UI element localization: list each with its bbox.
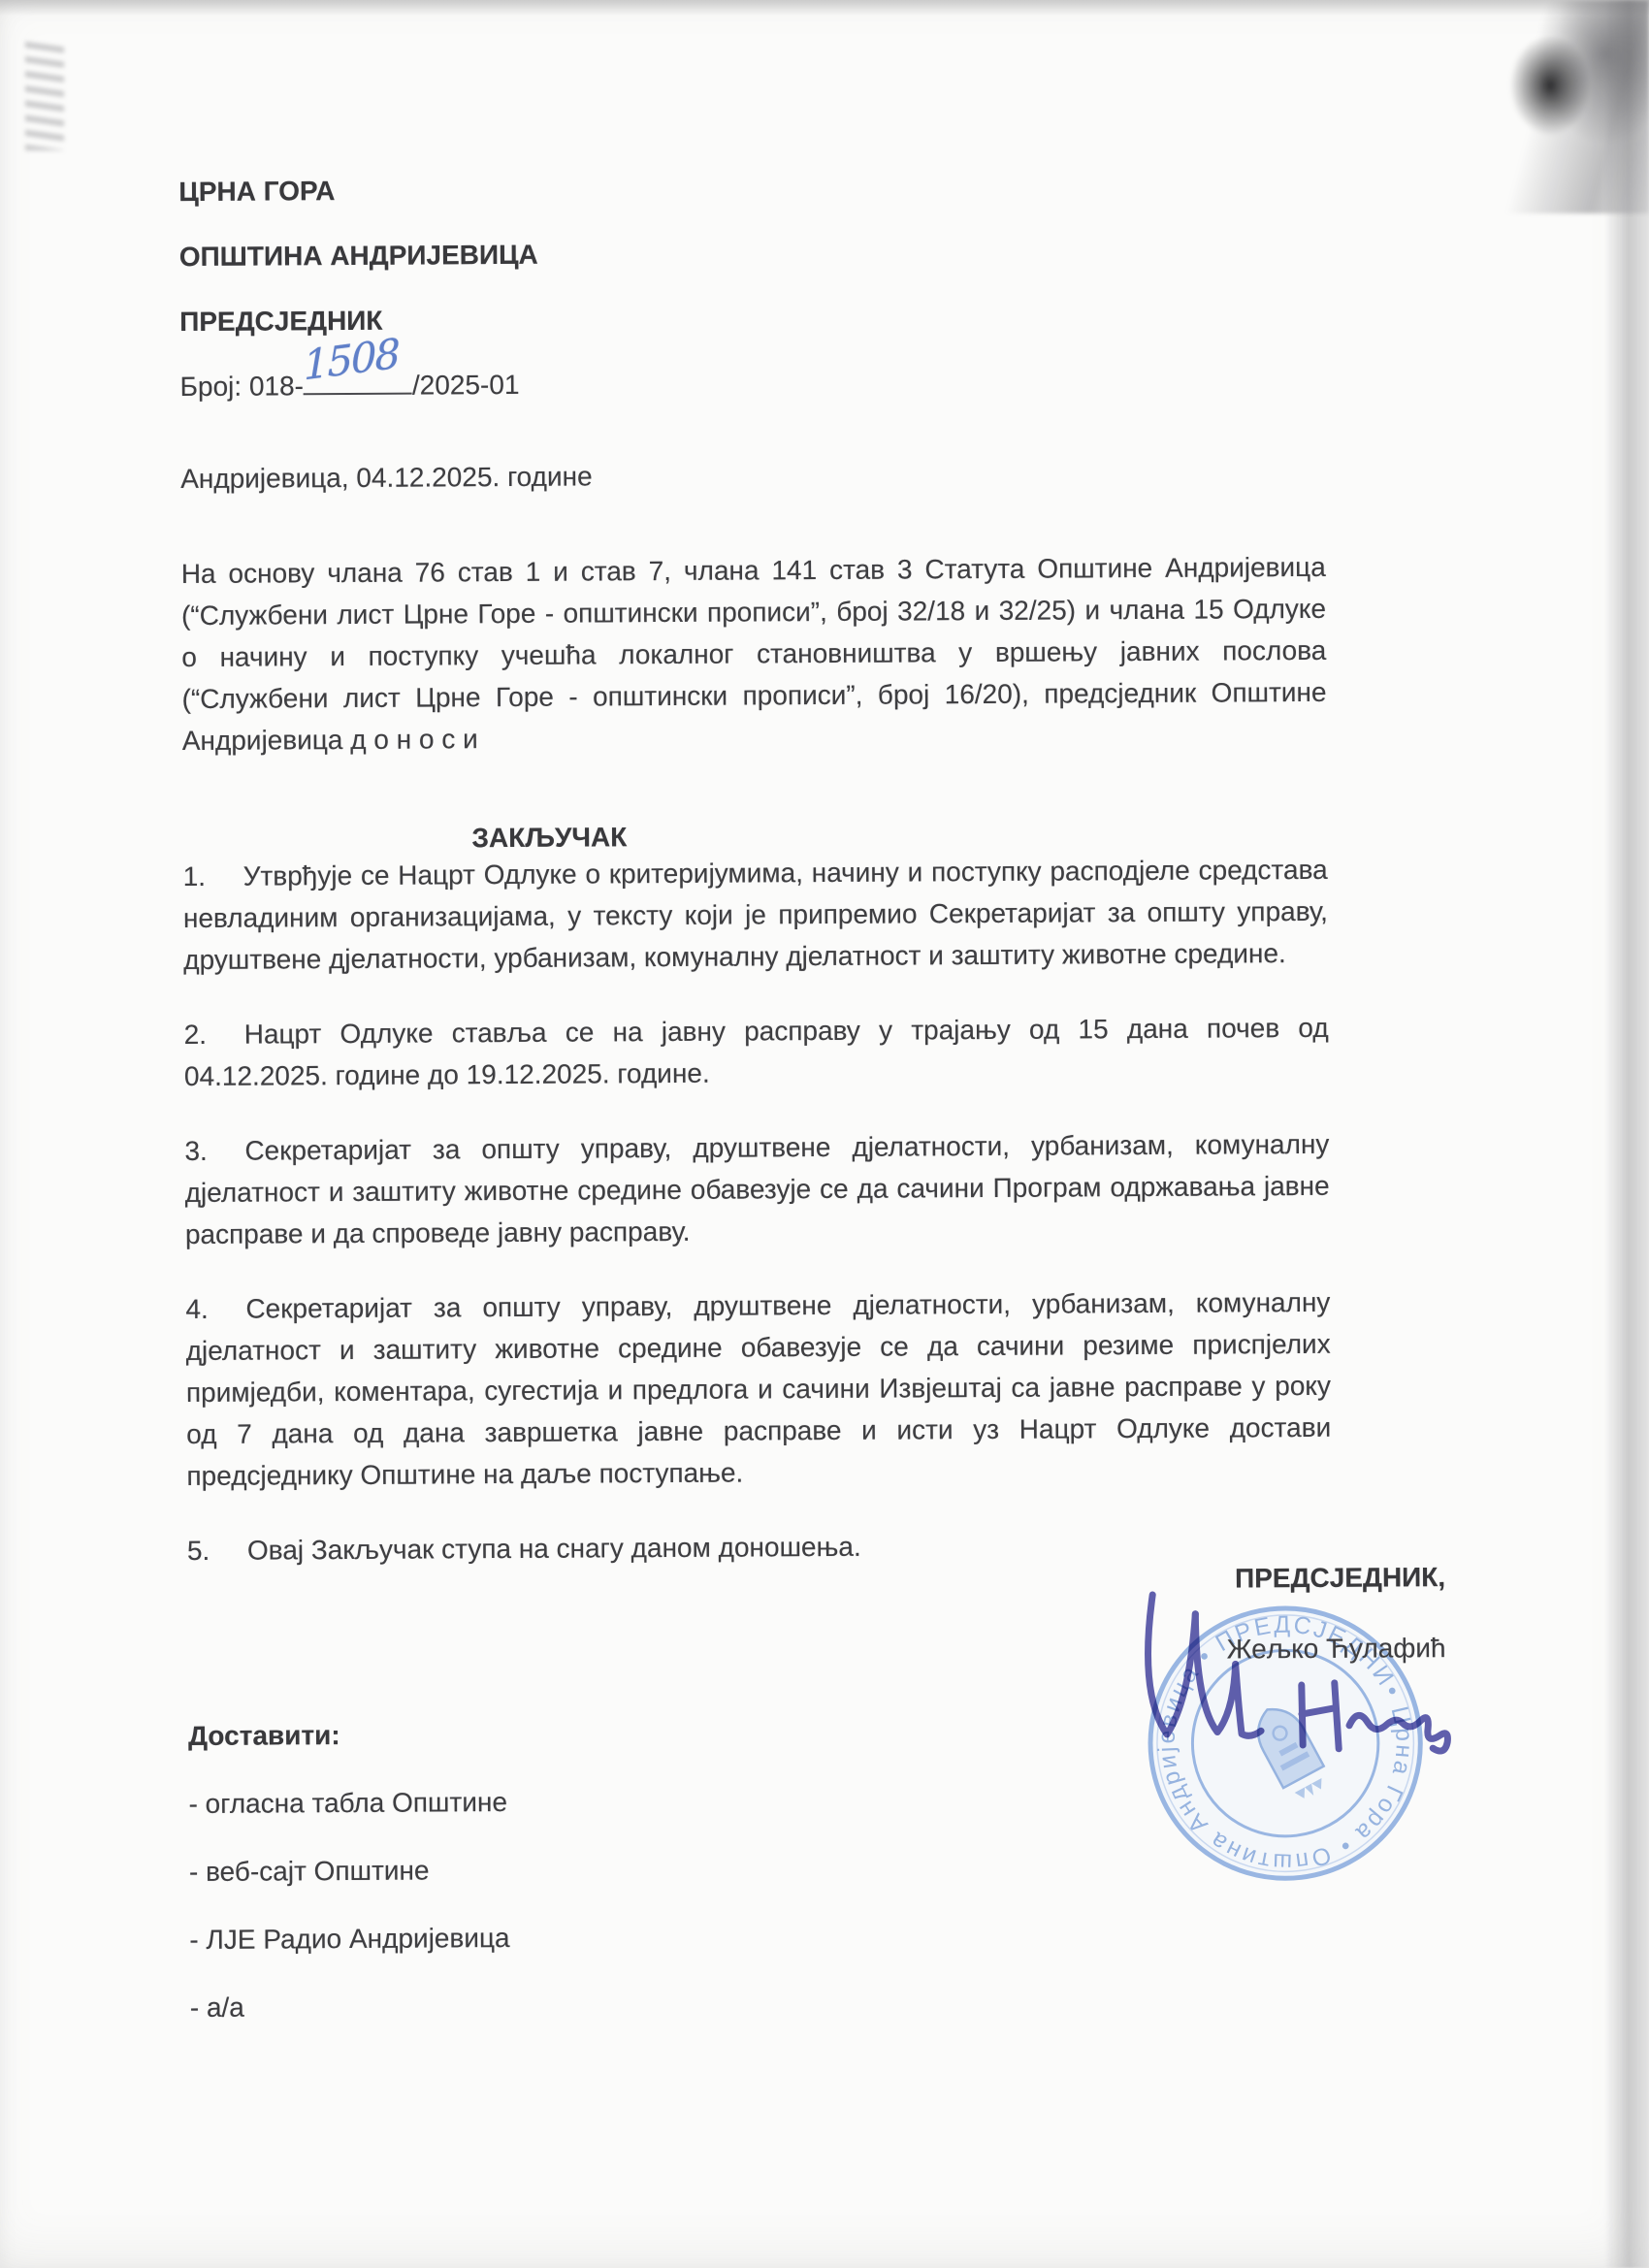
item-5-number: 5. — [187, 1530, 247, 1571]
item-3: 3.Секретаријат за општу управу, друштвен… — [184, 1123, 1330, 1255]
distribution-label: Доставити: — [188, 1713, 508, 1757]
place-date-line: Андријевица, 04.12.2025. године — [180, 455, 593, 500]
item-1: 1.Утврђује се Нацрт Одлуке о критеријуми… — [183, 849, 1329, 981]
item-3-number: 3. — [184, 1130, 244, 1172]
letterhead-municipality: ОПШТИНА АНДРИЈЕВИЦА — [179, 234, 538, 277]
distribution-list: Доставити: - огласна табла Општине - веб… — [188, 1713, 510, 2055]
item-1-text: Утврђује се Нацрт Одлуке о критеријумима… — [183, 855, 1328, 975]
scan-artifact-top-right-corner — [1406, 0, 1649, 213]
handwritten-signature — [1102, 1556, 1481, 1791]
letterhead-country: ЦРНА ГОРА — [178, 169, 537, 212]
document-title-text: ЗАКЉУЧАК — [471, 822, 627, 853]
reference-number-line: Број: 018-1508/2025-01 — [179, 363, 519, 407]
item-3-text: Секретаријат за општу управу, друштвене … — [185, 1129, 1330, 1249]
reference-prefix: Број: 018- — [179, 371, 304, 402]
scanned-document-page: ЦРНА ГОРА ОПШТИНА АНДРИЈЕВИЦА ПРЕДСЈЕДНИ… — [0, 0, 1649, 2268]
scan-artifact-top-left-marks — [25, 39, 64, 150]
conclusion-items: 1.Утврђује се Нацрт Одлуке о критеријуми… — [183, 849, 1333, 1604]
item-4: 4.Секретаријат за општу управу, друштвен… — [185, 1281, 1331, 1497]
item-2-number: 2. — [184, 1014, 244, 1055]
reference-blank-line: 1508 — [304, 364, 412, 396]
scan-artifact-right-edge — [1604, 0, 1649, 2268]
item-1-number: 1. — [183, 856, 243, 897]
distribution-item-3: - ЛЈЕ Радио Андријевица — [189, 1917, 509, 1960]
document-content: ЦРНА ГОРА ОПШТИНА АНДРИЈЕВИЦА ПРЕДСЈЕДНИ… — [0, 0, 1649, 2268]
item-2: 2.Нацрт Одлуке ставља се на јавну распра… — [184, 1007, 1330, 1097]
handwritten-number: 1508 — [304, 333, 400, 387]
item-4-number: 4. — [185, 1288, 245, 1330]
item-5-text: Овај Закључак ступа на снагу даном донош… — [247, 1532, 861, 1566]
item-2-text: Нацрт Одлуке ставља се на јавну расправу… — [184, 1013, 1329, 1091]
reference-suffix: /2025-01 — [412, 370, 520, 401]
preamble-paragraph: На основу члана 76 став 1 и став 7, члан… — [181, 546, 1327, 761]
scan-artifact-top-edge — [0, 0, 1649, 16]
distribution-item-1: - огласна табла Општине — [188, 1781, 508, 1825]
item-4-text: Секретаријат за општу управу, друштвене … — [186, 1287, 1332, 1491]
distribution-item-2: - веб-сајт Општине — [189, 1849, 509, 1893]
distribution-item-4: - а/а — [190, 1985, 510, 2028]
